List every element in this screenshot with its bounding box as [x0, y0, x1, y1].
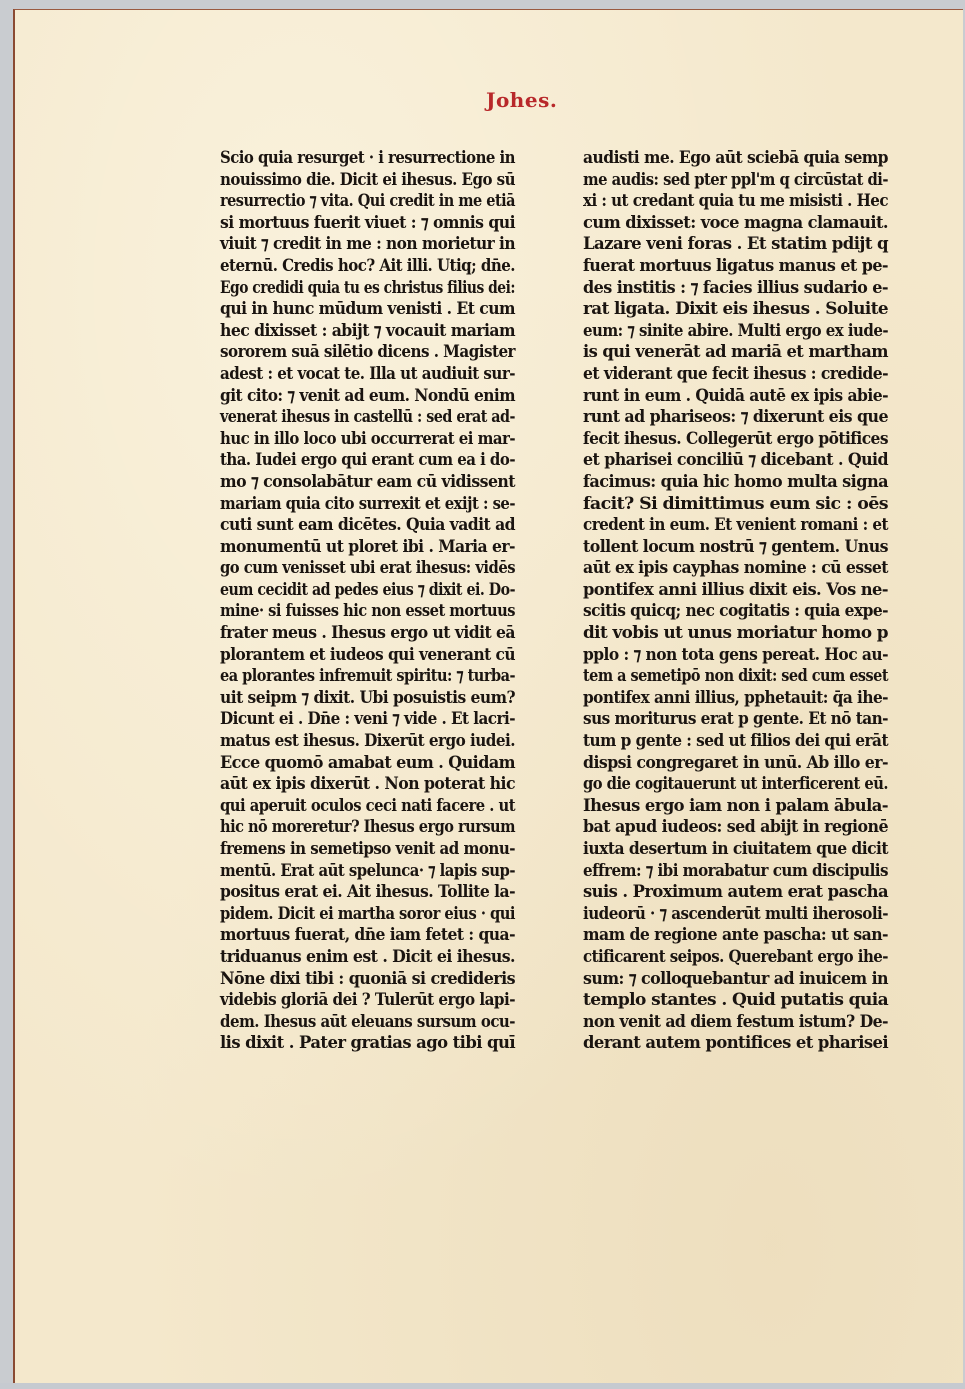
text-line: mentū. Erat aūt spelunca· ⁊ lapis sup-	[220, 861, 478, 883]
text-line: mo ⁊ consolabātur eam cū vidissent	[220, 472, 493, 494]
text-line: matus est ihesus. Dixerūt ergo iudei.	[220, 731, 484, 753]
text-line: aūt ex ipis dixerūt . Non poterat hic	[220, 774, 493, 796]
text-line: adest : et vocat te. Illa ut audiuit sur…	[220, 364, 482, 386]
text-line: uit seipm ⁊ dixit. Ubi posuistis eum?	[220, 688, 489, 710]
text-line: mine· si fuisses hic non esset mortuus	[220, 601, 474, 623]
text-line: Scio quia resurget · i resurrectione in	[220, 148, 479, 170]
text-line: si mortuus fuerit viuet : ⁊ omnis qui	[220, 213, 492, 235]
text-line: venerat ihesus in castellū : sed erat ad…	[220, 407, 468, 429]
text-line: rat ligata. Dixit eis ihesus . Soluite	[583, 299, 885, 321]
text-line: pontifex anni illius dixit eis. Vos ne-	[583, 580, 875, 602]
text-line: iuxta desertum in ciuitatem que dicit	[583, 839, 862, 861]
text-line: me audis: sed pter ppl'm q circūstat di-	[583, 170, 848, 192]
text-line: nouissimo die. Dicit ei ihesus. Ego sū	[220, 170, 481, 192]
text-line: mortuus fuerat, dn̄e iam fetet : qua-	[220, 925, 490, 947]
text-line: ea plorantes infremuit spiritu: ⁊ turba-	[220, 666, 472, 688]
text-line: Dicunt ei . Dn̄e : veni ⁊ vide . Et lacr…	[220, 709, 484, 731]
text-line: lis dixit . Pater gratias ago tibi quī	[220, 1033, 505, 1055]
text-line: non venit ad diem festum istum? De-	[583, 1012, 864, 1034]
text-line: et pharisei conciliū ⁊ dicebant . Quid	[583, 450, 867, 472]
text-line: sum: ⁊ colloquebantur ad inuicem in	[583, 969, 867, 991]
text-line: suis . Proximum autem erat pascha	[583, 882, 877, 904]
text-line: tem a semetipō non dixit: sed cum esset	[583, 666, 842, 688]
text-line: huc in illo loco ubi occurrerat ei mar-	[220, 429, 479, 451]
text-line: sororem suā silētio dicens . Magister	[220, 342, 483, 364]
text-line: tum p gente : sed ut filios dei qui erāt	[583, 731, 858, 753]
text-line: dit vobis ut unus moriatur homo p	[583, 623, 885, 645]
text-line: cum dixisset: voce magna clamauit.	[583, 213, 875, 235]
text-line: viuit ⁊ credit in me : non morietur in	[220, 234, 487, 256]
text-line: pplo : ⁊ non tota gens pereat. Hoc au-	[583, 645, 861, 667]
text-line: monumentū ut ploret ibi . Maria er-	[220, 537, 491, 559]
text-line: qui in hunc mūdum venisti . Et cum	[220, 299, 491, 321]
text-line: dispsi congregaret in unū. Ab illo er-	[583, 753, 866, 775]
text-line: cuti sunt eam dicētes. Quia vadit ad	[220, 515, 491, 537]
text-line: plorantem et iudeos qui venerant cū	[220, 645, 487, 667]
text-line: videbis gloriā dei ? Tulerūt ergo lapi-	[220, 990, 484, 1012]
text-line: triduanus enim est . Dicit ei ihesus.	[220, 947, 494, 969]
text-line: go die cogitauerunt ut interficerent eū.	[583, 774, 847, 796]
text-line: ctificarent seipos. Querebant ergo ihe-	[583, 947, 852, 969]
text-line: tha. Iudei ergo qui erant cum ea i do-	[220, 450, 480, 472]
text-line: runt in eum . Quidā autē ex ipis abie-	[583, 386, 862, 408]
text-line: dem. Ihesus aūt eleuans sursum ocu-	[220, 1012, 480, 1034]
text-line: mariam quia cito surrexit et exijt : se-	[220, 494, 478, 516]
text-line: hec dixisset : abijt ⁊ vocauit mariam	[220, 321, 492, 343]
text-line: audisti me. Ego aūt sciebā quia semp	[583, 148, 862, 170]
text-line: pidem. Dicit ei martha soror eius · qui	[220, 904, 475, 926]
text-line: des institis : ⁊ facies illius sudario e…	[583, 278, 871, 300]
text-line: runt ad phariseos: ⁊ dixerunt eis que	[583, 407, 867, 429]
text-line: fremens in semetipso venit ad monu-	[220, 839, 481, 861]
text-line: xi : ut credant quia tu me misisti . Hec	[583, 191, 854, 213]
text-line: facimus: quia hic homo multa signa	[583, 472, 872, 494]
text-line: eternū. Credis hoc? Ait illi. Utiq; dn̄e…	[220, 256, 481, 278]
scan-background-strip	[0, 1383, 965, 1389]
text-line: et viderant que fecit ihesus : credide-	[583, 364, 862, 386]
text-line: tollent locum nostrū ⁊ gentem. Unus	[583, 537, 867, 559]
text-line: Lazare veni foras . Et statim pdijt q	[583, 234, 879, 256]
text-line: aūt ex ipis cayphas nomine : cū esset	[583, 558, 864, 580]
text-line: credent in eum. Et venient romani : et	[583, 515, 855, 537]
text-column-right: audisti me. Ego aūt sciebā quia sempme a…	[583, 148, 888, 1055]
text-line: bat apud iudeos: sed abijt in regionē	[583, 817, 867, 839]
text-line: pontifex anni illius, pphetauit: q̄a ihe…	[583, 688, 858, 710]
text-line: hic nō moreretur? Ihesus ergo rursum	[220, 817, 472, 839]
text-line: qui aperuit oculos ceci nati facere . ut	[220, 796, 476, 818]
text-line: iudeorū · ⁊ ascenderūt multi iherosoli-	[583, 904, 854, 926]
text-line: facit? Si dimittimus eum sic : oēs	[583, 494, 896, 516]
text-line: sus moriturus erat p gente. Et nō tan-	[583, 709, 857, 731]
text-line: scitis quicq; nec cogitatis : quia expe-	[583, 601, 860, 623]
text-line: Ego credidi quia tu es christus filius d…	[220, 278, 460, 300]
text-line: resurrectio ⁊ vita. Qui credit in me eti…	[220, 191, 471, 213]
text-line: Ecce quomō amabat eum . Quidam	[220, 753, 498, 775]
text-line: eum cecidit ad pedes eius ⁊ dixit ei. Do…	[220, 580, 467, 602]
text-line: frater meus . Ihesus ergo ut vidit eā	[220, 623, 491, 645]
text-line: git cito: ⁊ venit ad eum. Nondū enim	[220, 386, 488, 408]
text-line: fecit ihesus. Collegerūt ergo pōtifices	[583, 429, 860, 451]
text-column-left: Scio quia resurget · i resurrectione inn…	[220, 148, 515, 1055]
text-line: derant autem pontifices et pharisei	[583, 1033, 877, 1055]
text-line: templo stantes . Quid putatis quia	[583, 990, 888, 1012]
text-line: effrem: ⁊ ibi morabatur cum discipulis	[583, 861, 854, 883]
text-line: fuerat mortuus ligatus manus et pe-	[583, 256, 870, 278]
manuscript-page: Johes. Scio quia resurget · i resurrecti…	[13, 9, 963, 1383]
text-line: Nōne dixi tibi : quoniā si credideris	[220, 969, 496, 991]
running-head: Johes.	[486, 88, 566, 112]
text-line: Ihesus ergo iam non i palam ābula-	[583, 796, 877, 818]
text-line: go cum venisset ubi erat ihesus: vidēs	[220, 558, 476, 580]
text-line: mam de regione ante pascha: ut san-	[583, 925, 864, 947]
text-line: is qui venerāt ad mariā et martham	[583, 342, 876, 364]
text-line: positus erat ei. Ait ihesus. Tollite la-	[220, 882, 491, 904]
text-line: eum: ⁊ sinite abire. Multi ergo ex iude-	[583, 321, 852, 343]
